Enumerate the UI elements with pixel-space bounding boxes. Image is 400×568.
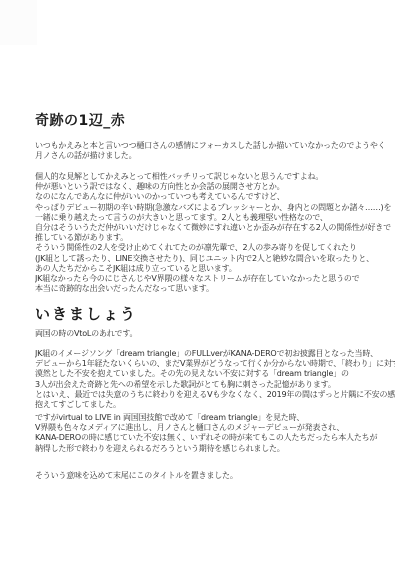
text-line: 両国の時のVtoLのあれです。	[35, 329, 395, 339]
paragraph: 両国の時のVtoLのあれです。	[35, 329, 395, 339]
text-line: 推している節があります。	[35, 233, 395, 243]
paragraph: 個人的な見解としてかえみとって相性バッチリって訳じゃないと思うんですよね。 仲が…	[35, 172, 395, 294]
section-title-ikimashou: いきましょう	[35, 303, 137, 324]
text-line: 月ノさんの話が描けました。	[35, 151, 395, 161]
text-line: V界隈も色々なメディアに進出し、月ノさんと樋口さんのメジャーデビューが発表され、	[35, 423, 395, 433]
text-line: 3人が出会えた奇跡と先への希望を示した歌詞がとても胸に刺さった記憶があります。	[35, 380, 395, 390]
text-line: とはいえ、最近では失意のうちに終わりを迎えるVも少なくなく、2019年の間はずっ…	[35, 390, 395, 400]
text-line: なのになんであんなに仲がいいのかっていつも考えているんですけど、	[35, 192, 395, 202]
text-line: JK組なかったら今のにじさんじやV界隈の様々なストリームが存在していなかったと思…	[35, 274, 395, 284]
text-line: そういう意味を込めて末尾にこのタイトルを置きました。	[35, 471, 395, 481]
text-line: そういう関係性の2人を受け止めてくれてたのが凛先輩で、2人の歩み寄りを促してくれ…	[35, 243, 395, 253]
text-line: ですがvirtual to LIVE in 両国国技館で改めて「dream tr…	[35, 413, 395, 423]
text-line: 抱えてすごしてました。	[35, 400, 395, 410]
text-line: JK組のイメージソング「dream triangle」のFULLverがKANA…	[35, 349, 395, 359]
section-title-kiseki-no-ippen-aka: 奇跡の1辺_赤	[35, 110, 125, 130]
paragraph: ですがvirtual to LIVE in 両国国技館で改めて「dream tr…	[35, 413, 395, 454]
document-page: 奇跡の1辺_赤 いつもかえみと本と言いつつ樋口さんの感情にフォーカスした話しか描…	[0, 0, 400, 568]
text-line: 納得した形で終わりを迎えられるだろうという期待を感じられました。	[35, 444, 395, 454]
text-line: あの人たちだからこそJK組は成り立っていると思います。	[35, 264, 395, 274]
paragraph: そういう意味を込めて末尾にこのタイトルを置きました。	[35, 471, 395, 481]
text-line: デビューから1年経たないくらいの、まだV業界がどうなって行くか分からない時期で、…	[35, 359, 395, 369]
text-line: 漠然とした不安を抱えていました。その先の見えない不安に対する「dream tri…	[35, 369, 395, 379]
text-line: KANA-DEROの時に感じていた不安は無く、いずれその時が来てもこの人たちだっ…	[35, 433, 395, 443]
scan-artifact-square	[0, 0, 37, 45]
text-line: 一緒に乗り越えたって言うのが大きいと思ってます。2人とも義理堅い性格なので、	[35, 213, 395, 223]
text-line: (JK組として誘ったり、LINE交換させたり)、同じユニット内で2人と絶妙な間合…	[35, 254, 395, 264]
text-line: いつもかえみと本と言いつつ樋口さんの感情にフォーカスした話しか描いていなかったの…	[35, 141, 395, 151]
paragraph: いつもかえみと本と言いつつ樋口さんの感情にフォーカスした話しか描いていなかったの…	[35, 141, 395, 161]
text-line: 本当に奇跡的な出会いだったんだなって思います。	[35, 284, 395, 294]
text-line: 自分はそういうただ仲がいいだけじゃなくて微妙にすれ違いとか歪みが存在する2人の関…	[35, 223, 395, 233]
text-line: 個人的な見解としてかえみとって相性バッチリって訳じゃないと思うんですよね。	[35, 172, 395, 182]
text-line: 仲が悪いという訳ではなく、趣味の方向性とか会話の展開させ方とか。	[35, 182, 395, 192]
paragraph: JK組のイメージソング「dream triangle」のFULLverがKANA…	[35, 349, 395, 410]
text-line: やっぱりデビュー初期の辛い時期(急激なバズによるプレッシャーとか、身内との問題と…	[35, 203, 395, 213]
